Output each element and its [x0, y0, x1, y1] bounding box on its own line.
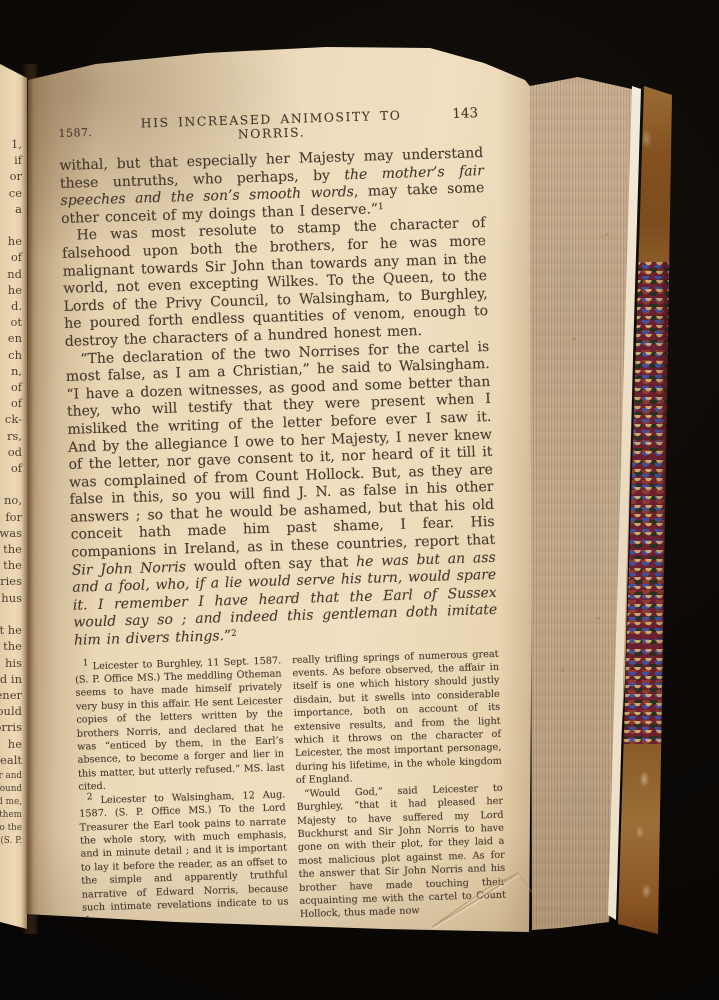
- page-content: 1587. HIS INCREASED ANIMOSITY TO NORRIS.…: [58, 105, 507, 928]
- running-header: 1587. HIS INCREASED ANIMOSITY TO NORRIS.…: [58, 105, 483, 147]
- footnote-column-left: 1 Leicester to Burghley, 11 Sept. 1587. …: [75, 654, 290, 928]
- left-page-text-fragments: 1,iforcea heofndhed.otenchn,ofofck-rs,od…: [0, 136, 22, 768]
- dog-ear-fold: [400, 855, 550, 935]
- body-text: withal, but that especially her Majesty …: [59, 145, 498, 650]
- margin-year: 1587.: [58, 126, 106, 140]
- photo-of-open-book: 1,iforcea heofndhed.otenchn,ofofck-rs,od…: [0, 0, 719, 1000]
- page-number: 143: [436, 105, 482, 122]
- right-page: 1587. HIS INCREASED ANIMOSITY TO NORRIS.…: [26, 44, 534, 938]
- left-page-footnote-fragments: ar andfoundd me,themr to the(S. P.: [0, 770, 22, 848]
- book-gutter: [21, 64, 39, 934]
- running-title: HIS INCREASED ANIMOSITY TO NORRIS.: [106, 107, 437, 145]
